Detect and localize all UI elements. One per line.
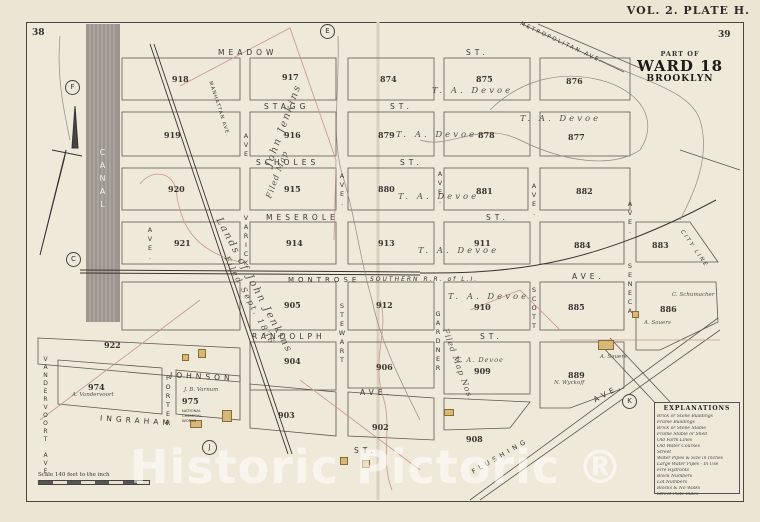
lot-877: 877	[568, 132, 585, 142]
lot-917: 917	[282, 72, 299, 82]
street-vandervoort: VANDERVOORT AVE.	[42, 356, 49, 484]
owner-devoe: T. A. Devoe	[520, 114, 601, 124]
lot-918: 918	[172, 74, 189, 84]
page-number-right: 39	[718, 30, 731, 40]
lot-974: 974	[88, 382, 105, 392]
lot-902: 902	[372, 422, 389, 432]
southern-railroad-label: SOUTHERN R.R. of L.I.	[370, 276, 478, 283]
lot-878: 878	[478, 130, 495, 140]
street-seneca: SENECA	[626, 262, 634, 316]
lot-913: 913	[378, 238, 395, 248]
legend-title: EXPLANATIONS	[657, 405, 737, 412]
lot-882: 882	[576, 186, 593, 196]
owner-devoe: T. A. Devoe	[448, 292, 529, 302]
street-seneca-ave: AVE.	[626, 200, 634, 236]
street-gardner: GARDNER	[434, 310, 442, 373]
street-scott-ave: AVE.	[530, 182, 538, 218]
watermark: Historic Pictoric ®	[130, 440, 624, 494]
lot-883: 883	[652, 240, 669, 250]
lot-915: 915	[284, 184, 301, 194]
street-johnson-ave: AVE.	[360, 388, 393, 397]
lot-889: 889	[568, 370, 585, 380]
grid-marker-k: K	[622, 394, 637, 409]
owner-devoe: T. A. Devoe	[398, 192, 479, 202]
owner-devoe: T. A. Devoe	[456, 356, 504, 364]
owner-vandervoort: A. Vandervoort	[72, 392, 114, 398]
owner-schumacher: C. Schumacher	[672, 292, 714, 298]
national-chemical-works: NATIONAL CHEMICAL WORKS	[182, 408, 216, 423]
cartouche-borough: BROOKLYN	[628, 74, 732, 84]
building	[182, 354, 189, 361]
lot-919: 919	[164, 130, 181, 140]
building	[198, 349, 206, 358]
lot-921: 921	[174, 238, 191, 248]
map-sheet: VOL. 2. PLATE H.	[0, 0, 760, 522]
street-meadow: MEADOW	[218, 48, 277, 57]
lot-875: 875	[476, 74, 493, 84]
street-canal: CANAL	[98, 148, 107, 213]
lot-880: 880	[378, 184, 395, 194]
street-scott: SCOTT	[530, 286, 538, 331]
lot-914: 914	[286, 238, 303, 248]
lot-876: 876	[566, 76, 583, 86]
street-montrose-ave: AVE.	[572, 272, 605, 281]
lot-874: 874	[380, 74, 397, 84]
lot-903: 903	[278, 410, 295, 420]
lot-905: 905	[284, 300, 301, 310]
owner-wyckoff: N. Wyckoff	[554, 380, 584, 386]
grid-marker-e: E	[320, 24, 335, 39]
building	[598, 340, 614, 350]
lot-884: 884	[574, 240, 591, 250]
owner-devoe: T. A. Devoe	[432, 86, 513, 96]
lot-922: 922	[104, 340, 121, 350]
building	[444, 409, 454, 416]
lot-975: 975	[182, 396, 199, 406]
street-stewart: STEWART	[338, 302, 346, 365]
owner-devoe: T. A. Devoe	[396, 130, 477, 140]
legend-row: Street Plate Index	[657, 492, 737, 498]
street-randolph-st: ST.	[480, 332, 503, 341]
lot-920: 920	[168, 184, 185, 194]
street-montrose: MONTROSE	[288, 276, 360, 284]
building	[222, 410, 232, 422]
lot-910: 910	[474, 302, 491, 312]
street-ave-left: AVE.	[146, 226, 154, 262]
grid-marker-c: C	[66, 252, 81, 267]
street-meserole-st: ST.	[486, 213, 509, 222]
explanations-legend: EXPLANATIONS Brick or Stone Buildings Fr…	[654, 402, 740, 494]
title-cartouche: PART OF WARD 18 BROOKLYN	[628, 50, 732, 96]
lot-885: 885	[568, 302, 585, 312]
lot-912: 912	[376, 300, 393, 310]
street-scholes-st: ST.	[400, 158, 423, 167]
owner-varnum: J. B. Varnum	[184, 387, 219, 393]
street-stewart-ave: AVE.	[338, 172, 346, 208]
lot-886: 886	[660, 304, 677, 314]
street-meserole: MESEROLE	[266, 213, 339, 222]
page-number-left: 38	[32, 28, 45, 38]
owner-sauers: A. Sauers	[644, 320, 671, 326]
cartouche-ward: WARD 18	[628, 58, 732, 74]
street-stagg-st: ST.	[390, 102, 413, 111]
street-varick-ave: AVE	[242, 132, 250, 159]
owner-devoe: T. A. Devoe	[418, 246, 499, 256]
lot-904: 904	[284, 356, 301, 366]
grid-marker-f: F	[65, 80, 80, 95]
lot-909: 909	[474, 366, 491, 376]
street-meadow-st: ST.	[466, 48, 489, 57]
lot-879: 879	[378, 130, 395, 140]
lot-906: 906	[376, 362, 393, 372]
street-porter: PORTER	[164, 374, 172, 428]
owner-sauers: A. Sauers	[600, 354, 627, 360]
